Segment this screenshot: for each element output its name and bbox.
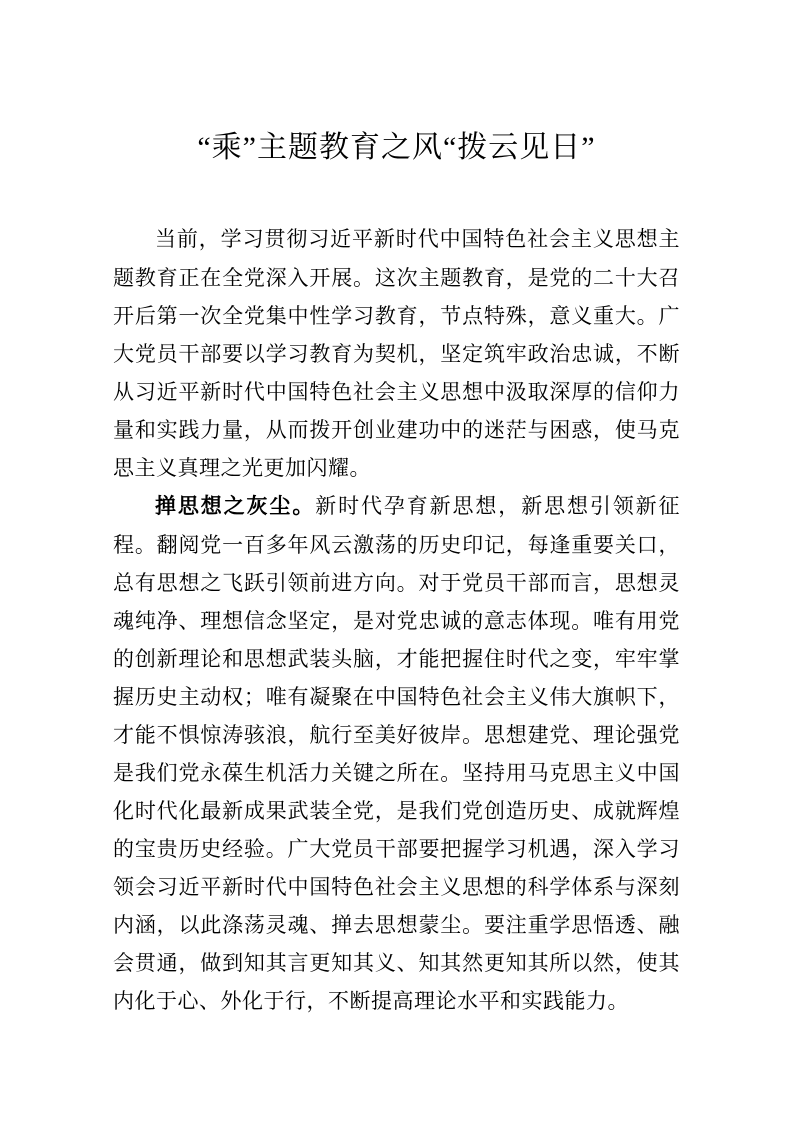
document-content: “乘”主题教育之风“拨云见日” 当前，学习贯彻习近平新时代中国特色社会主义思想主…: [0, 0, 793, 1020]
document-title: “乘”主题教育之风“拨云见日”: [113, 128, 680, 168]
paragraph-dust-of-thought-lead: 掸思想之灰尘。: [155, 495, 315, 518]
paragraph-intro-text: 当前，学习贯彻习近平新时代中国特色社会主义思想主题教育正在全党深入开展。这次主题…: [113, 227, 680, 480]
paragraph-dust-of-thought-text: 新时代孕育新思想，新思想引领新征程。翻阅党一百多年风云激荡的历史印记，每逢重要关…: [113, 494, 680, 1013]
document-page: “乘”主题教育之风“拨云见日” 当前，学习贯彻习近平新时代中国特色社会主义思想主…: [0, 0, 793, 1122]
paragraph-intro: 当前，学习贯彻习近平新时代中国特色社会主义思想主题教育正在全党深入开展。这次主题…: [113, 220, 680, 487]
paragraph-dust-of-thought: 掸思想之灰尘。新时代孕育新思想，新思想引领新征程。翻阅党一百多年风云激荡的历史印…: [113, 487, 680, 1020]
